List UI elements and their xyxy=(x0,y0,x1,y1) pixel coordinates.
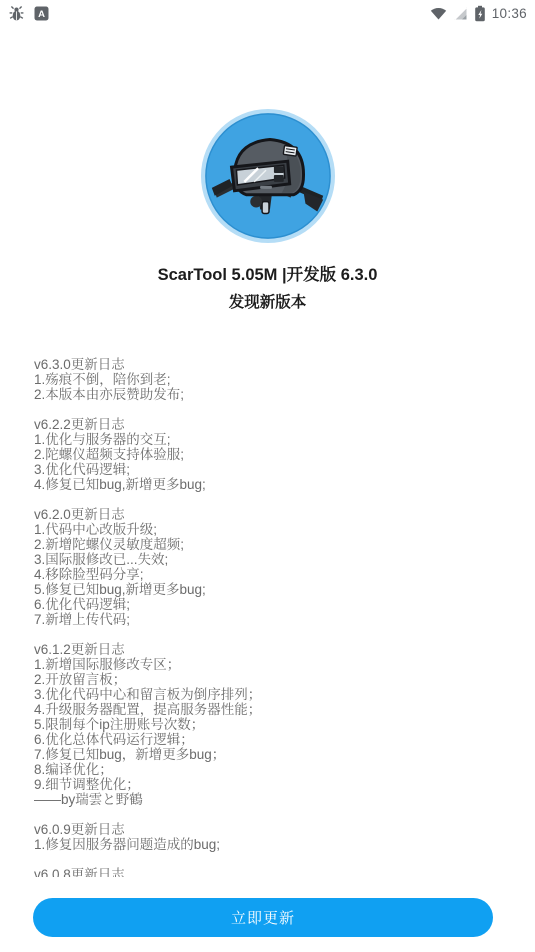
changelog-section: v6.0.8更新日志 xyxy=(34,867,519,877)
changelog-section-title: v6.3.0更新日志 xyxy=(34,357,519,372)
changelog-section-title: v6.2.2更新日志 xyxy=(34,417,519,432)
changelog-section-title: v6.0.9更新日志 xyxy=(34,822,519,837)
changelog-line: 7.新增上传代码; xyxy=(34,612,519,627)
helmet-patch xyxy=(283,146,297,157)
changelog-line: 2.陀螺仪超频支持体验服; xyxy=(34,447,519,462)
changelog-line: 1.优化与服务器的交互; xyxy=(34,432,519,447)
no-sim-icon xyxy=(453,6,468,21)
changelog-section-title: v6.0.8更新日志 xyxy=(34,867,519,877)
changelog-line: 1.殇痕不倒，陪你到老; xyxy=(34,372,519,387)
pubg-helmet-logo-icon xyxy=(199,107,337,245)
changelog-section: v6.2.2更新日志1.优化与服务器的交互;2.陀螺仪超频支持体验服;3.优化代… xyxy=(34,417,519,492)
changelog-line: 2.开放留言板； xyxy=(34,672,519,687)
new-version-subtitle: 发现新版本 xyxy=(0,290,535,312)
update-screen: A 10:36 xyxy=(0,0,535,952)
update-now-button[interactable]: 立即更新 xyxy=(33,898,493,937)
status-bar-right: 10:36 xyxy=(430,5,527,22)
changelog-line: 3.国际服修改已...失效; xyxy=(34,552,519,567)
wifi-icon xyxy=(430,6,447,21)
bug-icon xyxy=(8,5,25,22)
changelog-line: 1.代码中心改版升级; xyxy=(34,522,519,537)
changelog-line: 1.修复因服务器问题造成的bug; xyxy=(34,837,519,852)
changelog-line: 8.编译优化； xyxy=(34,762,519,777)
changelog-line: 9.细节调整优化； xyxy=(34,777,519,792)
changelog-section: v6.2.0更新日志1.代码中心改版升级;2.新增陀螺仪灵敏度超频;3.国际服修… xyxy=(34,507,519,627)
changelog-line: 4.移除脸型码分享; xyxy=(34,567,519,582)
changelog-line: 1.新增国际服修改专区； xyxy=(34,657,519,672)
changelog-line: ——by瑞雲と野鶴 xyxy=(34,792,519,807)
changelog-line: 4.升级服务器配置，提高服务器性能； xyxy=(34,702,519,717)
changelog-line: 6.优化总体代码运行逻辑； xyxy=(34,732,519,747)
status-bar-left: A xyxy=(8,5,49,22)
changelog-line: 3.优化代码中心和留言板为倒序排列； xyxy=(34,687,519,702)
changelog-line: 7.修复已知bug，新增更多bug； xyxy=(34,747,519,762)
status-bar: A 10:36 xyxy=(0,0,535,26)
changelog-section-title: v6.2.0更新日志 xyxy=(34,507,519,522)
changelog-line: 5.修复已知bug,新增更多bug; xyxy=(34,582,519,597)
changelog-section: v6.0.9更新日志1.修复因服务器问题造成的bug; xyxy=(34,822,519,852)
status-bar-clock: 10:36 xyxy=(492,6,527,21)
changelog-line: 2.本版本由亦辰赞助发布; xyxy=(34,387,519,402)
svg-text:A: A xyxy=(38,9,45,20)
changelog-line: 2.新增陀螺仪灵敏度超频; xyxy=(34,537,519,552)
changelog[interactable]: v6.3.0更新日志1.殇痕不倒，陪你到老;2.本版本由亦辰赞助发布;v6.2.… xyxy=(34,357,519,877)
changelog-line: 5.限制每个ip注册账号次数； xyxy=(34,717,519,732)
battery-charging-icon xyxy=(474,5,486,22)
changelog-section: v6.3.0更新日志1.殇痕不倒，陪你到老;2.本版本由亦辰赞助发布; xyxy=(34,357,519,402)
changelog-line: 4.修复已知bug,新增更多bug; xyxy=(34,477,519,492)
changelog-section: v6.1.2更新日志1.新增国际服修改专区；2.开放留言板；3.优化代码中心和留… xyxy=(34,642,519,807)
changelog-line: 3.优化代码逻辑; xyxy=(34,462,519,477)
changelog-line: 6.优化代码逻辑; xyxy=(34,597,519,612)
input-method-a-icon: A xyxy=(34,6,49,21)
app-title: ScarTool 5.05M |开发版 6.3.0 xyxy=(0,261,535,285)
app-logo xyxy=(199,107,337,245)
changelog-section-title: v6.1.2更新日志 xyxy=(34,642,519,657)
